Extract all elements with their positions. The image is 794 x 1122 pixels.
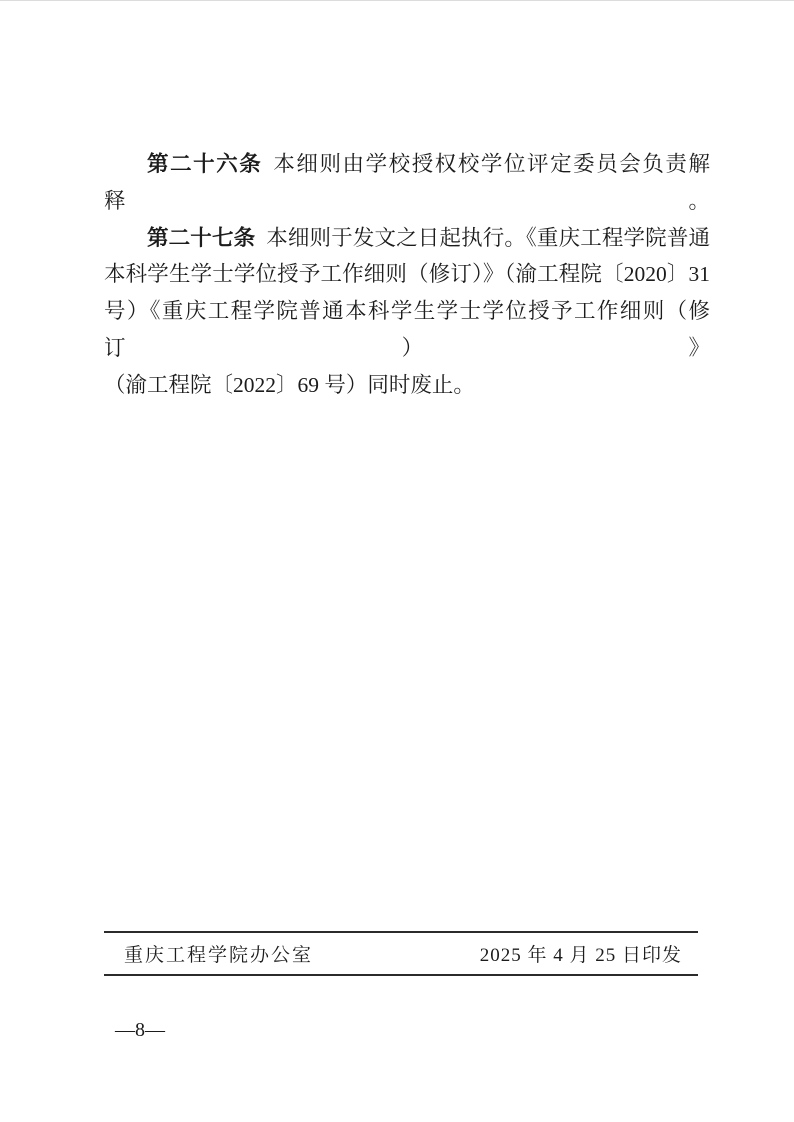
article-27-line-4: （渝工程院〔2022〕69 号）同时废止。 [104, 367, 710, 404]
page-top-edge [0, 0, 794, 1]
article-27-text-1: 本细则于发文之日起执行。《重庆工程学院普通 [266, 226, 710, 250]
print-date-label: 2025 年 4 月 25 日印发 [480, 940, 682, 967]
article-27-number: 第二十七条 [147, 226, 255, 250]
article-27-line-1: 第二十七条本细则于发文之日起执行。《重庆工程学院普通 [104, 220, 710, 257]
article-27-text-3: 号）《重庆工程学院普通本科学生学士学位授予工作细则（修订）》 [104, 299, 710, 360]
page-number: —8— [115, 1019, 165, 1042]
colophon-block: 重庆工程学院办公室 2025 年 4 月 25 日印发 [104, 931, 698, 976]
document-page: 第二十六条本细则由学校授权校学位评定委员会负责解释。 第二十七条本细则于发文之日… [0, 0, 794, 1122]
article-27-line-3: 号）《重庆工程学院普通本科学生学士学位授予工作细则（修订）》 [104, 293, 710, 367]
article-27-line-2: 本科学生学士学位授予工作细则（修订）》（渝工程院〔2020〕31 [104, 256, 710, 293]
article-26-number: 第二十六条 [147, 152, 262, 176]
article-27-text-2: 本科学生学士学位授予工作细则（修订）》（渝工程院〔2020〕31 [104, 262, 710, 286]
article-27-text-4: （渝工程院〔2022〕69 号）同时废止。 [104, 373, 475, 397]
document-body: 第二十六条本细则由学校授权校学位评定委员会负责解释。 第二十七条本细则于发文之日… [104, 146, 710, 404]
article-26-line: 第二十六条本细则由学校授权校学位评定委员会负责解释。 [104, 146, 710, 220]
issuing-office-label: 重庆工程学院办公室 [124, 940, 313, 967]
